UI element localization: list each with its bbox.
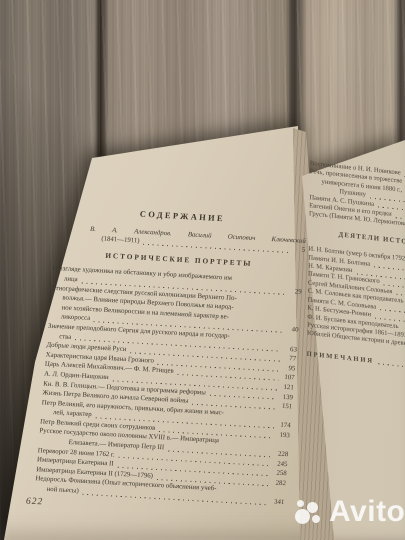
toc-page-number: 5: [292, 245, 306, 255]
open-book: СОДЕРЖАНИЕВ. А. Александров. Василий Оси…: [0, 0, 405, 540]
avito-circles-logo-icon: [295, 496, 325, 528]
avito-watermark: Avito: [295, 496, 405, 528]
avito-wordmark: Avito: [329, 496, 405, 528]
toc-page-number: 151: [279, 402, 293, 412]
toc-page-number: 40: [285, 325, 299, 335]
toc-page-number: 282: [272, 478, 286, 488]
toc-row-text: ной пьесы): [46, 485, 79, 496]
folio-page-number: 622: [26, 497, 44, 508]
dot-leader: [143, 243, 289, 253]
logo-dot: [312, 515, 320, 523]
toc-page-number: 29: [288, 287, 302, 297]
toc-right-column: Воспоминание о Н. И. НовиковеРечь, произ…: [307, 160, 405, 375]
logo-dot: [295, 509, 310, 524]
toc-left-column: СОДЕРЖАНИЕВ. А. Александров. Василий Оси…: [34, 205, 307, 508]
toc-row-text: ИСТОРИЧЕСКИЕ ПОРТРЕТЫ: [105, 252, 253, 268]
toc-page-number: 341: [271, 497, 285, 507]
toc-page-number: 193: [276, 430, 290, 440]
logo-dot: [297, 500, 304, 507]
book-photo: СОДЕРЖАНИЕВ. А. Александров. Василий Оси…: [0, 0, 405, 540]
toc-row-text: (1841—1911): [101, 235, 140, 247]
